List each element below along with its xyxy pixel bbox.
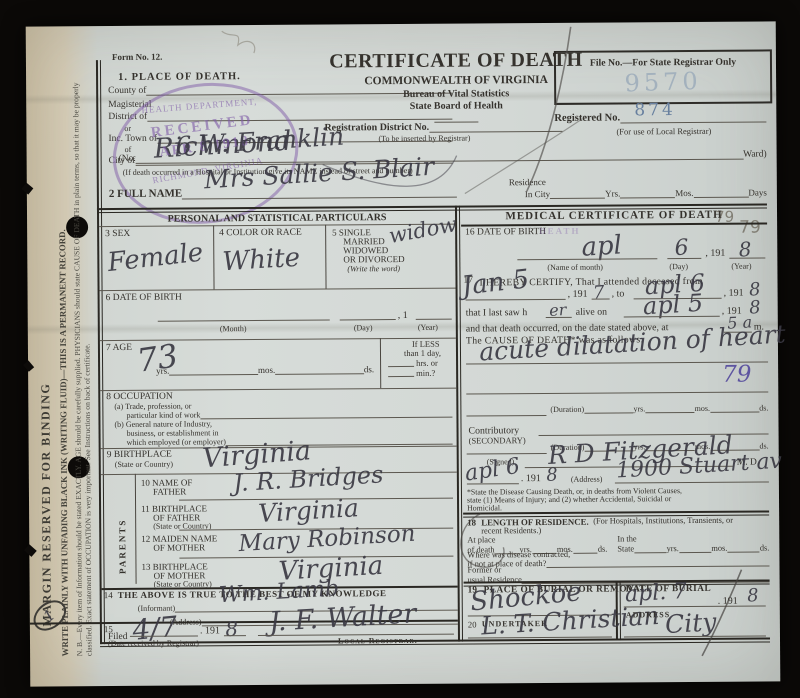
blank-line xyxy=(546,317,572,318)
death-year-sub: (Year) xyxy=(731,262,751,271)
father-name-label-2: FATHER xyxy=(153,487,186,497)
parents-bracket-line xyxy=(135,474,137,584)
blank-line xyxy=(620,121,766,123)
blank-line xyxy=(466,415,546,417)
blank-line xyxy=(467,483,519,484)
blank-line xyxy=(466,391,768,394)
certify-year1-prefix: , 191 xyxy=(568,289,588,300)
contributory-sub: (SECONDARY) xyxy=(469,435,526,445)
birthplace-label: 9 BIRTHPLACE xyxy=(107,450,172,460)
residence-sub1: (For Hospitals, Institutions, Transients… xyxy=(593,516,733,526)
marital-label-4: OR DIVORCED xyxy=(343,254,404,264)
edge-tear xyxy=(21,183,33,195)
certify-line2b: alive on xyxy=(576,307,607,318)
occupation-a2-row: particular kind of work xyxy=(126,400,452,420)
age-mos-label: mos. xyxy=(258,365,275,375)
dob-year-prefix: , 1 xyxy=(398,310,408,321)
death-certificate-document: MARGIN RESERVED FOR BINDING WRITE PLAINL… xyxy=(26,21,781,686)
bureau-subtitle: Bureau of Vital Statistics xyxy=(322,88,590,101)
undertaker-number: 20 xyxy=(468,619,477,629)
commonwealth-subtitle: COMMONWEALTH OF VIRGINIA xyxy=(322,74,590,88)
mother-name-label-2: OF MOTHER xyxy=(153,542,205,552)
blank-line xyxy=(592,299,610,300)
dob-label: 6 DATE OF BIRTH xyxy=(106,293,182,304)
duration-label: (Duration) xyxy=(550,405,584,414)
cell-divider xyxy=(213,225,214,289)
margin-binding-note: MARGIN RESERVED FOR BINDING xyxy=(37,196,56,626)
certify-line2a: that I last saw h xyxy=(466,307,528,318)
blank-line xyxy=(224,635,246,636)
in-city-label: In City xyxy=(525,189,550,199)
blank-line xyxy=(158,320,330,322)
medical-section-heading: MEDICAL CERTIFICATE OF DEATH xyxy=(461,208,767,222)
age-less-4: min.? xyxy=(416,368,435,378)
age-less-2: than 1 day, xyxy=(404,348,441,358)
residence-number: 18 xyxy=(467,517,476,527)
filed-year-handwriting: 8 xyxy=(225,617,239,642)
local-registrar-label: Local Registrar. xyxy=(338,636,418,646)
form-number: Form No. 12. xyxy=(112,52,163,62)
age-label: 7 AGE xyxy=(106,343,132,353)
death-year-prefix: , 191 xyxy=(705,248,725,259)
age-ds-label: ds. xyxy=(364,364,374,374)
rule-line xyxy=(100,288,456,291)
duration-ds: ds. xyxy=(759,403,768,412)
undertaker-address-handwriting: City xyxy=(664,607,717,639)
blank-line xyxy=(388,366,414,367)
street-no-label: (No. xyxy=(119,154,136,164)
occupation-a2: particular kind of work xyxy=(126,401,200,420)
registered-label: Registered No. xyxy=(554,112,620,123)
marital-sub: (Write the word) xyxy=(347,264,400,273)
cell-divider xyxy=(380,338,381,388)
place-of-death-heading: 1. PLACE OF DEATH. xyxy=(118,71,241,83)
color-race-label: 4 COLOR OR RACE xyxy=(219,228,302,239)
certify-year2-prefix: , 191 xyxy=(724,288,744,299)
signed-date-handwriting: apl 6 xyxy=(463,454,521,487)
ward-label: Ward) xyxy=(743,149,767,159)
duration-yrs: yrs. xyxy=(633,404,645,413)
residence-sub2: recent Residents.) xyxy=(481,526,541,535)
sex-value-handwriting: Female xyxy=(106,238,205,279)
days-label: Days xyxy=(748,187,767,197)
parents-label: PARENTS xyxy=(117,484,128,574)
edge-tear xyxy=(24,544,37,557)
file-number-stamp: 9570 xyxy=(556,65,771,100)
birthplace-sub: (State or Country) xyxy=(115,460,173,469)
attest-number: 14 xyxy=(104,590,113,600)
dob-month-sub: (Month) xyxy=(220,324,247,333)
occupation-label: 8 OCCUPATION xyxy=(106,392,173,402)
father-bp-handwriting: Virginia xyxy=(257,493,359,528)
death-month-sub: (Name of month) xyxy=(547,263,603,272)
margin-write-plainly-note: WRITE PLAINLY WITH UNFADING BLACK INK (W… xyxy=(56,81,73,656)
reg-district-sub: (To be inserted by Registrar) xyxy=(378,134,470,144)
age-yrs-label: yrs. xyxy=(156,366,169,376)
color-value-handwriting: White xyxy=(222,243,301,278)
attended-from-year-handwriting: 7 xyxy=(592,282,605,304)
date-of-death-label: 16 DATE OF BIRTH xyxy=(465,227,546,238)
title-block: CERTIFICATE OF DEATH COMMONWEALTH OF VIR… xyxy=(322,49,590,113)
certificate-title: CERTIFICATE OF DEATH xyxy=(322,49,590,74)
reg-district-row: Registration District No. xyxy=(324,121,562,134)
blank-line xyxy=(667,258,701,259)
filed-year-prefix: . 191 xyxy=(200,625,220,636)
dob-year-sub: (Year) xyxy=(418,323,438,332)
edge-tear xyxy=(23,360,34,371)
blank-line xyxy=(429,131,562,133)
yrs-label: Yrs. xyxy=(605,188,620,198)
registered-sub: (For use of Local Registrar) xyxy=(616,126,711,137)
mos-label: Mos. xyxy=(675,188,693,198)
residence-label: Residence xyxy=(509,177,546,187)
blank-line xyxy=(615,481,769,483)
footnote-line3: Homicidal. xyxy=(467,503,502,512)
file-number-box: File No.—For State Registrar Only 9570 xyxy=(554,49,772,105)
signed-year-prefix: . 191 xyxy=(521,473,541,484)
blank-line xyxy=(388,376,414,377)
death-stamp-overlay: DEATH xyxy=(539,226,580,236)
filed-sub: (Date received by Registrar) xyxy=(108,638,199,648)
signed-year-handwriting: 8 xyxy=(546,464,559,486)
registered-row: Registered No. xyxy=(554,111,766,123)
dob-day-sub: (Day) xyxy=(354,323,373,332)
county-label: County of xyxy=(108,86,146,96)
cause-duration-row: (Duration) yrs. mos. ds. xyxy=(550,403,768,414)
attended-from-handwriting: Jan 5 xyxy=(460,264,530,301)
duration-mos: mos. xyxy=(695,404,710,413)
blank-line xyxy=(182,197,457,200)
pencil-79-top: 79 xyxy=(739,217,761,237)
board-subtitle: State Board of Health xyxy=(322,100,590,113)
full-name-label: 2 FULL NAME xyxy=(109,188,182,201)
blank-line xyxy=(729,257,765,258)
signed-address-label: (Address) xyxy=(571,475,603,484)
heavy-rule-line xyxy=(461,222,767,226)
blank-line xyxy=(416,319,452,320)
burial-year-handwriting: 8 xyxy=(747,585,760,607)
age-less-3: hrs. or xyxy=(416,358,438,368)
cause-pencil-79: 79 xyxy=(722,362,751,388)
age-duration-row: yrs. mos. ds. xyxy=(156,364,374,376)
sex-label: 3 SEX xyxy=(105,229,130,239)
cell-divider xyxy=(325,225,326,289)
rule-line xyxy=(100,388,456,391)
blank-line xyxy=(340,319,396,320)
residence-duration-row: In City Yrs. Mos. Days xyxy=(525,187,767,199)
certify-to-label: , to xyxy=(612,288,625,299)
